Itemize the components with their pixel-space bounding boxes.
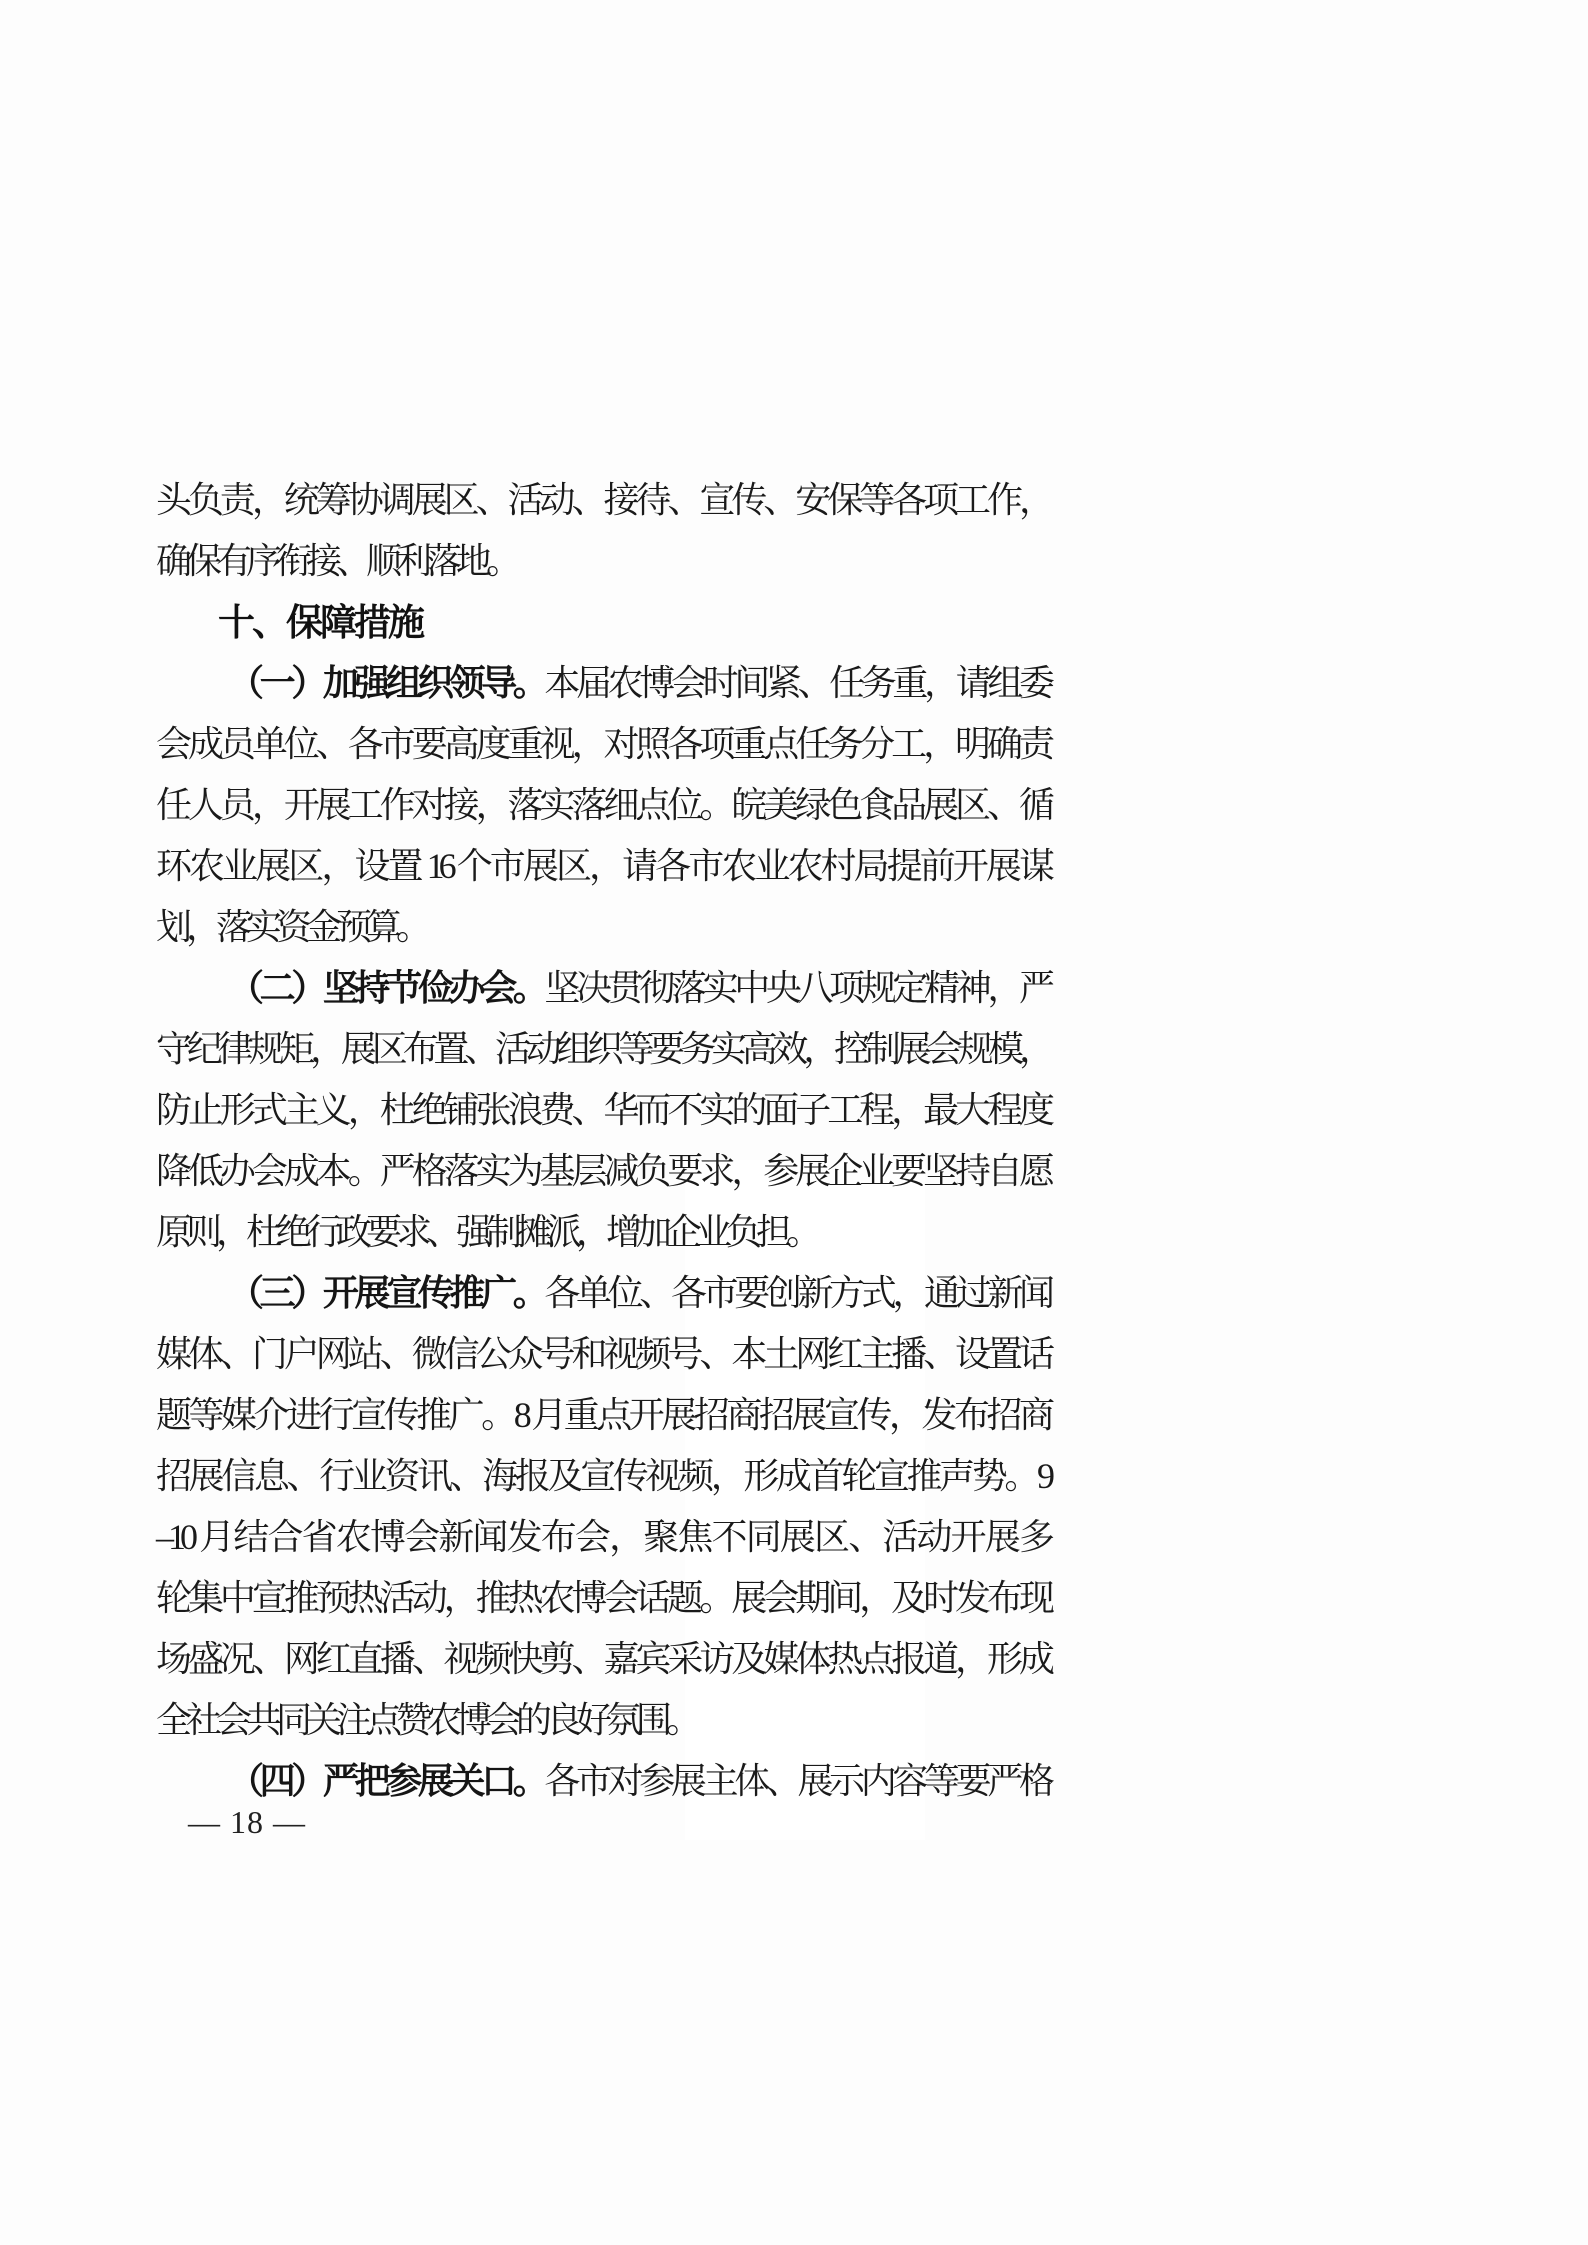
body-text: 题等媒介进行宣传推广。8 月重点开展招商招展宣传，发布招商	[156, 1395, 1049, 1435]
text-line: 媒体、门户网站、微信公众号和视频号、本土网红主播、设置话	[156, 1324, 1049, 1385]
body-text: –10 月结合省农博会新闻发布会，聚焦不同展区、活动开展多	[156, 1517, 1049, 1557]
text-line: 划，落实资金预算。	[156, 897, 1049, 958]
text-line: 原则，杜绝行政要求、强制摊派，增加企业负担。	[156, 1202, 1049, 1263]
paragraph-start-line: （二）坚持节俭办会。坚决贯彻落实中央八项规定精神，严	[156, 958, 1049, 1019]
page-number: — 18 —	[188, 1802, 306, 1842]
document-body: 头负责，统筹协调展区、活动、接待、宣传、安保等各项工作，确保有序衔接、顺利落地。…	[156, 470, 1049, 1812]
body-text: 环农业展区，设置 16 个市展区，请各市农业农村局提前开展谋	[156, 846, 1049, 886]
text-line: 轮集中宣推预热活动，推热农博会话题。展会期间，及时发布现	[156, 1568, 1049, 1629]
body-text: 轮集中宣推预热活动，推热农博会话题。展会期间，及时发布现	[156, 1578, 1049, 1618]
body-text: 原则，杜绝行政要求、强制摊派，增加企业负担。	[156, 1212, 816, 1252]
paragraph-lead-text: （一）加强组织领导。	[228, 663, 544, 703]
body-text: 本届农博会时间紧、任务重，请组委	[544, 663, 1049, 703]
document-page: 头负责，统筹协调展区、活动、接待、宣传、安保等各项工作，确保有序衔接、顺利落地。…	[0, 0, 1588, 2245]
body-text: 招展信息、行业资讯、海报及宣传视频，形成首轮宣推声势。9	[156, 1456, 1049, 1496]
body-text: 守纪律规矩，展区布置、活动组织等要务实高效，控制展会规模，	[156, 1029, 1049, 1069]
body-text: 降低办会成本。严格落实为基层减负要求，参展企业要坚持自愿	[156, 1151, 1049, 1191]
paragraph-lead-text: （三）开展宣传推广。	[228, 1273, 544, 1313]
body-text: 任人员，开展工作对接，落实落细点位。皖美绿色食品展区、循	[156, 785, 1049, 825]
text-line: 守纪律规矩，展区布置、活动组织等要务实高效，控制展会规模，	[156, 1019, 1049, 1080]
body-text: 全社会共同关注点赞农博会的良好氛围。	[156, 1700, 696, 1740]
text-line: 题等媒介进行宣传推广。8 月重点开展招商招展宣传，发布招商	[156, 1385, 1049, 1446]
body-text: 媒体、门户网站、微信公众号和视频号、本土网红主播、设置话	[156, 1334, 1049, 1374]
text-line: 头负责，统筹协调展区、活动、接待、宣传、安保等各项工作，	[156, 470, 1049, 531]
body-text: 各单位、各市要创新方式，通过新闻	[544, 1273, 1049, 1313]
paragraph-lead-text: （二）坚持节俭办会。	[228, 968, 544, 1008]
text-line: 全社会共同关注点赞农博会的良好氛围。	[156, 1690, 1049, 1751]
body-text: 会成员单位、各市要高度重视，对照各项重点任务分工，明确责	[156, 724, 1049, 764]
text-line: 确保有序衔接、顺利落地。	[156, 531, 1049, 592]
text-line: 会成员单位、各市要高度重视，对照各项重点任务分工，明确责	[156, 714, 1049, 775]
text-line: 任人员，开展工作对接，落实落细点位。皖美绿色食品展区、循	[156, 775, 1049, 836]
paragraph-lead-text: （四）严把参展关口。	[228, 1761, 544, 1801]
text-line: –10 月结合省农博会新闻发布会，聚焦不同展区、活动开展多	[156, 1507, 1049, 1568]
text-line: 环农业展区，设置 16 个市展区，请各市农业农村局提前开展谋	[156, 836, 1049, 897]
body-text: 确保有序衔接、顺利落地。	[156, 541, 516, 581]
text-line: 防止形式主义，杜绝铺张浪费、华而不实的面子工程，最大程度	[156, 1080, 1049, 1141]
text-line: 场盛况、网红直播、视频快剪、嘉宾采访及媒体热点报道，形成	[156, 1629, 1049, 1690]
section-heading: 十、保障措施	[156, 592, 1049, 653]
paragraph-start-line: （三）开展宣传推广。各单位、各市要创新方式，通过新闻	[156, 1263, 1049, 1324]
body-text: 坚决贯彻落实中央八项规定精神，严	[544, 968, 1049, 1008]
body-text: 防止形式主义，杜绝铺张浪费、华而不实的面子工程，最大程度	[156, 1090, 1049, 1130]
paragraph-start-line: （一）加强组织领导。本届农博会时间紧、任务重，请组委	[156, 653, 1049, 714]
body-text: 各市对参展主体、展示内容等要严格	[544, 1761, 1049, 1801]
body-text: 头负责，统筹协调展区、活动、接待、宣传、安保等各项工作，	[156, 480, 1049, 520]
paragraph-lead-text: 十、保障措施	[218, 602, 422, 643]
body-text: 场盛况、网红直播、视频快剪、嘉宾采访及媒体热点报道，形成	[156, 1639, 1049, 1679]
text-line: 降低办会成本。严格落实为基层减负要求，参展企业要坚持自愿	[156, 1141, 1049, 1202]
text-line: 招展信息、行业资讯、海报及宣传视频，形成首轮宣推声势。9	[156, 1446, 1049, 1507]
body-text: 划，落实资金预算。	[156, 907, 426, 947]
